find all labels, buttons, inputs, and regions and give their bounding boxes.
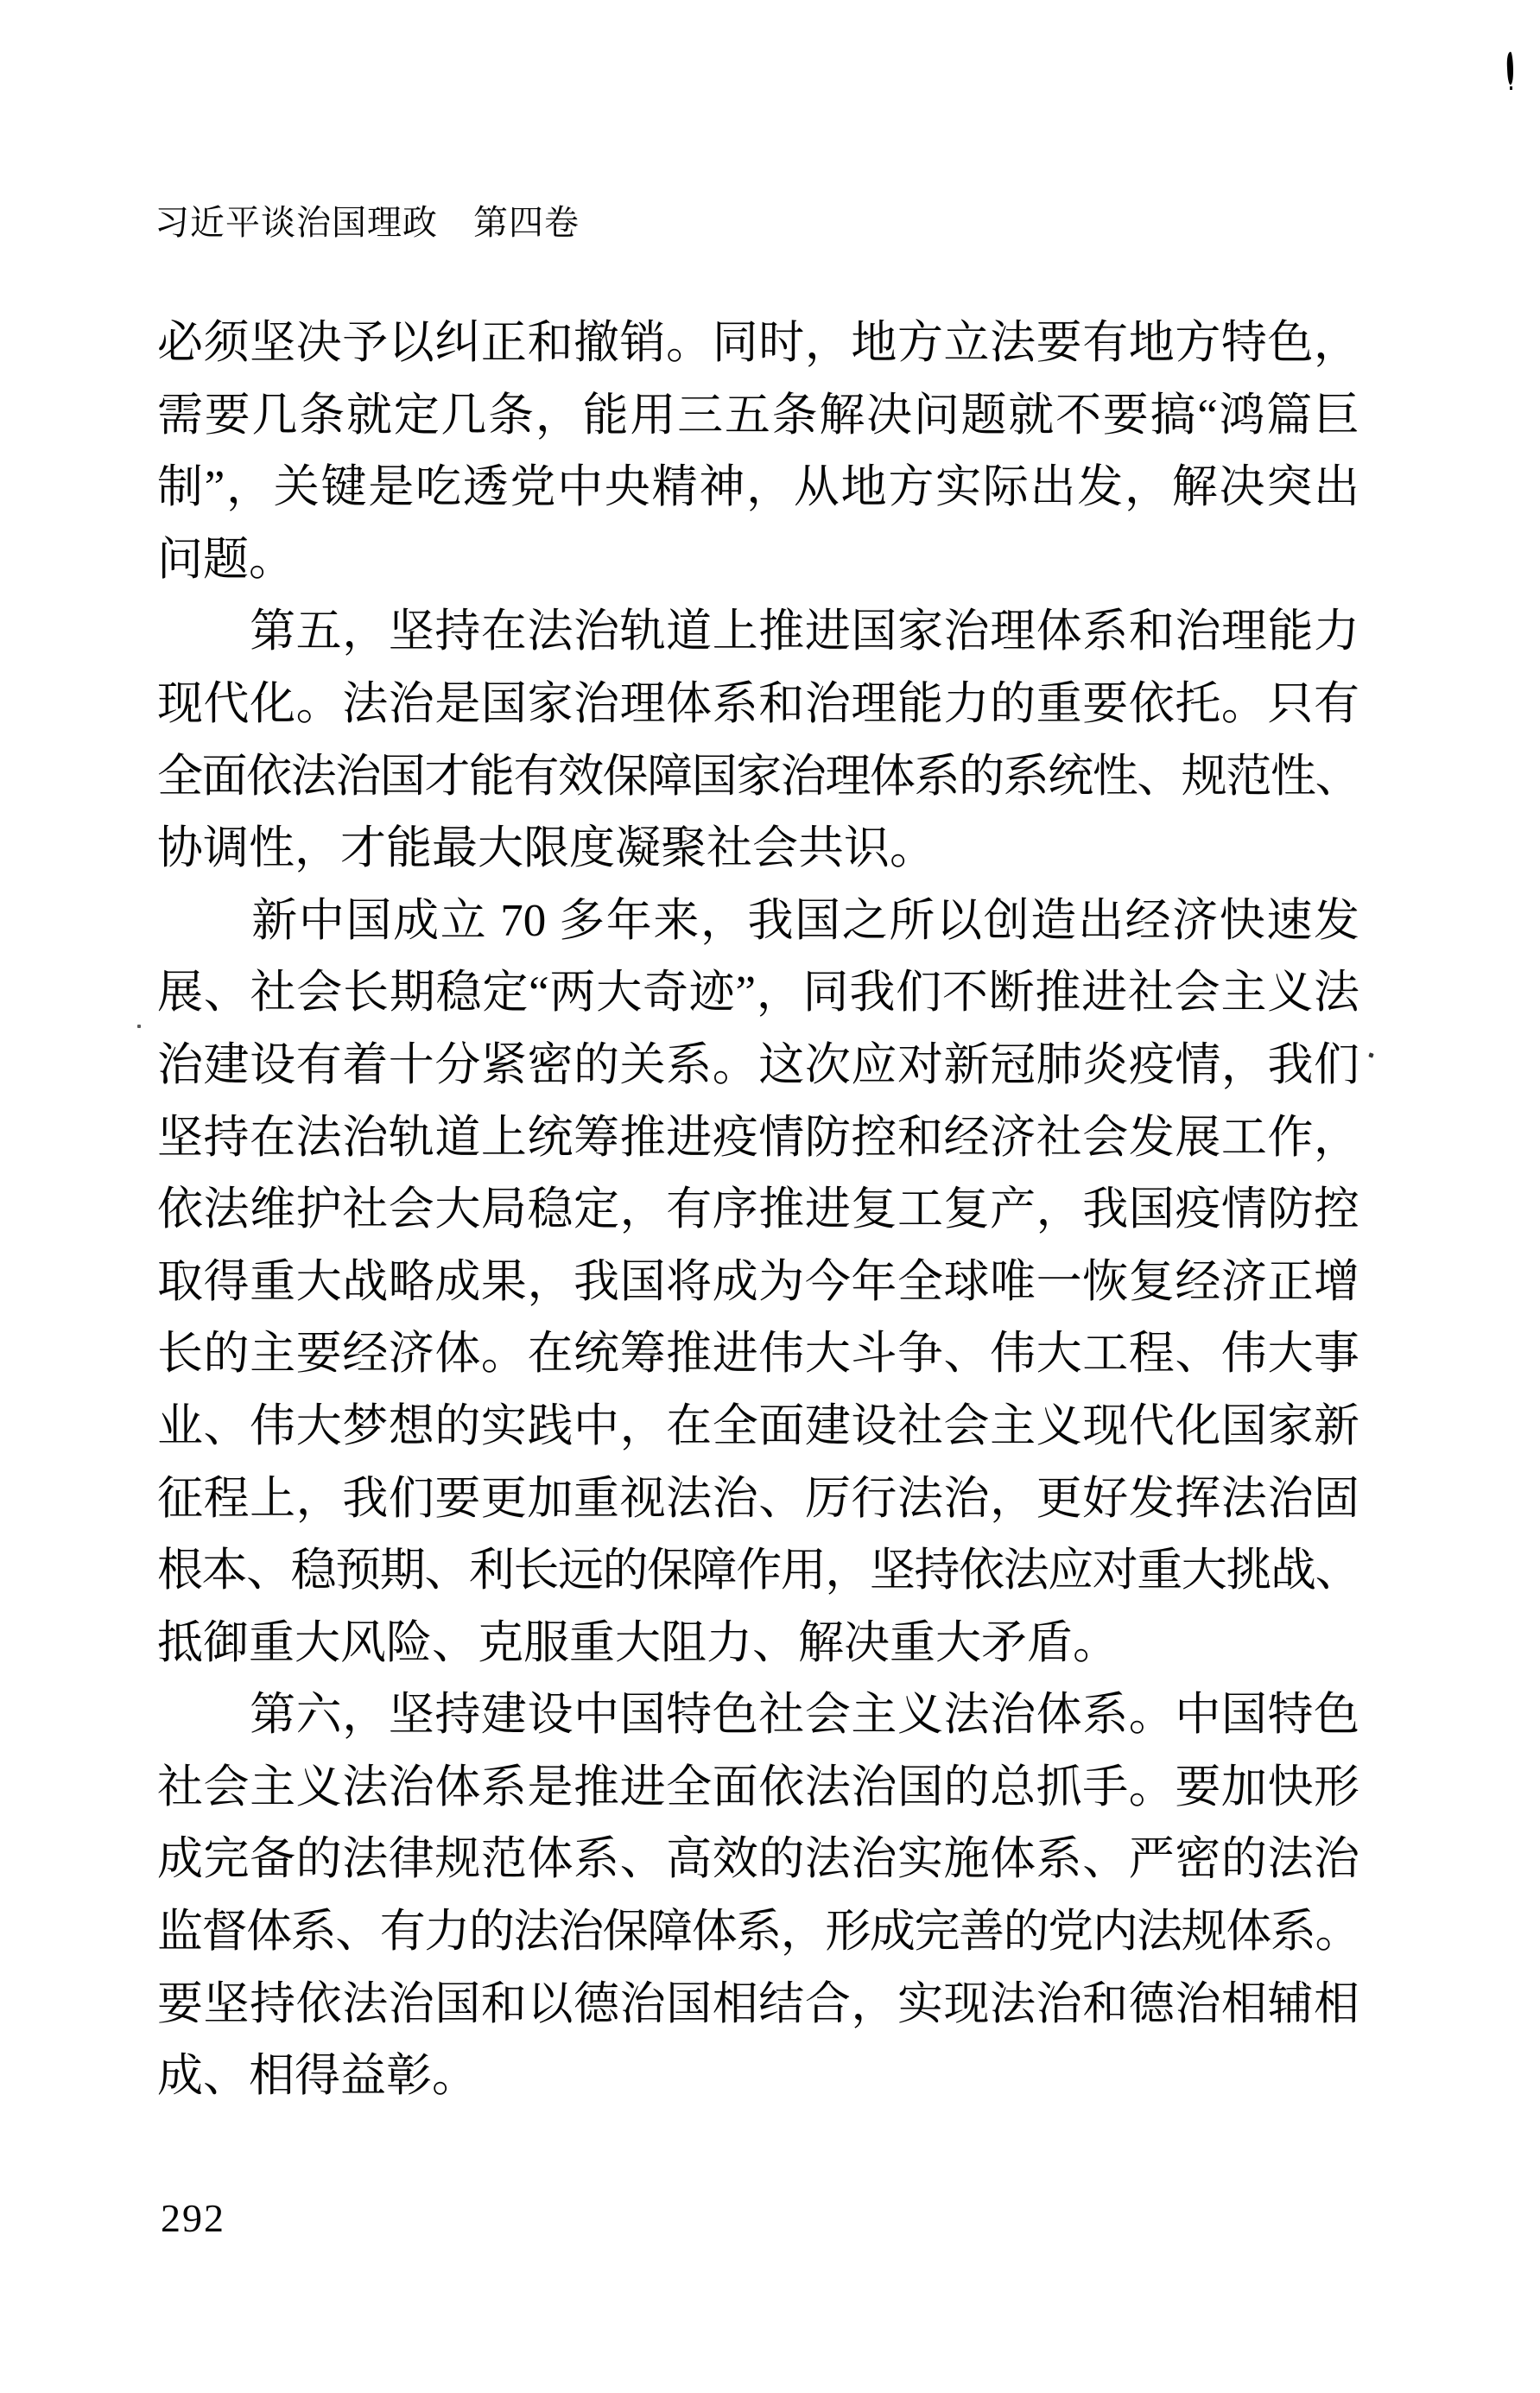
text-line: 需要几条就定几条，能用三五条解决问题就不要搞“鸿篇巨 <box>157 380 1359 453</box>
text-line: 展、社会长期稳定“两大奇迹”，同我们不断推进社会主义法 <box>157 957 1359 1030</box>
text-line: 根本、稳预期、利长远的保障作用，坚持依法应对重大挑战、 <box>157 1535 1359 1608</box>
text-line: 必须坚决予以纠正和撤销。同时，地方立法要有地方特色， <box>157 308 1359 380</box>
text-line: 坚持在法治轨道上统筹推进疫情防控和经济社会发展工作， <box>157 1102 1359 1175</box>
scan-ink-dot-artifact <box>1510 86 1512 90</box>
text-line: 问题。 <box>157 524 1359 597</box>
text-line: 成、相得益彰。 <box>157 2041 1359 2113</box>
text-line: 业、伟大梦想的实践中，在全面建设社会主义现代化国家新 <box>157 1391 1359 1463</box>
text-line: 监督体系、有力的法治保障体系，形成完善的党内法规体系。 <box>157 1896 1359 1969</box>
text-line: 协调性，才能最大限度凝聚社会共识。 <box>157 813 1359 885</box>
running-header: 习近平谈治国理政 第四卷 <box>155 203 580 243</box>
text-line: 长的主要经济体。在统筹推进伟大斗争、伟大工程、伟大事 <box>157 1318 1359 1391</box>
scan-ink-mark-artifact <box>1506 52 1514 85</box>
text-line: 成完备的法律规范体系、高效的法治实施体系、严密的法治 <box>157 1824 1359 1896</box>
text-line: 新中国成立 70 多年来，我国之所以创造出经济快速发 <box>157 885 1359 958</box>
text-line: 要坚持依法治国和以德治国相结合，实现法治和德治相辅相 <box>157 1969 1359 2041</box>
text-line: 治建设有着十分紧密的关系。这次应对新冠肺炎疫情，我们 <box>157 1030 1359 1102</box>
text-line: 现代化。法治是国家治理体系和治理能力的重要依托。只有 <box>157 669 1359 741</box>
text-line: 第六，坚持建设中国特色社会主义法治体系。中国特色 <box>157 1679 1359 1752</box>
dust-speck-artifact <box>1368 1052 1373 1057</box>
text-line: 抵御重大风险、克服重大阻力、解决重大矛盾。 <box>157 1608 1359 1680</box>
page-number: 292 <box>161 2199 225 2238</box>
text-line: 征程上，我们要更加重视法治、厉行法治，更好发挥法治固 <box>157 1463 1359 1536</box>
text-line: 全面依法治国才能有效保障国家治理体系的系统性、规范性、 <box>157 741 1359 814</box>
body-text: 必须坚决予以纠正和撤销。同时，地方立法要有地方特色，需要几条就定几条，能用三五条… <box>157 308 1359 2113</box>
text-line: 依法维护社会大局稳定，有序推进复工复产，我国疫情防控 <box>157 1174 1359 1247</box>
book-page: 习近平谈治国理政 第四卷 必须坚决予以纠正和撤销。同时，地方立法要有地方特色，需… <box>0 0 1540 2393</box>
dust-speck-artifact <box>137 1025 141 1028</box>
text-line: 第五，坚持在法治轨道上推进国家治理体系和治理能力 <box>157 596 1359 669</box>
text-line: 社会主义法治体系是推进全面依法治国的总抓手。要加快形 <box>157 1752 1359 1825</box>
text-line: 制”，关键是吃透党中央精神，从地方实际出发，解决突出 <box>157 452 1359 524</box>
text-line: 取得重大战略成果，我国将成为今年全球唯一恢复经济正增 <box>157 1247 1359 1319</box>
